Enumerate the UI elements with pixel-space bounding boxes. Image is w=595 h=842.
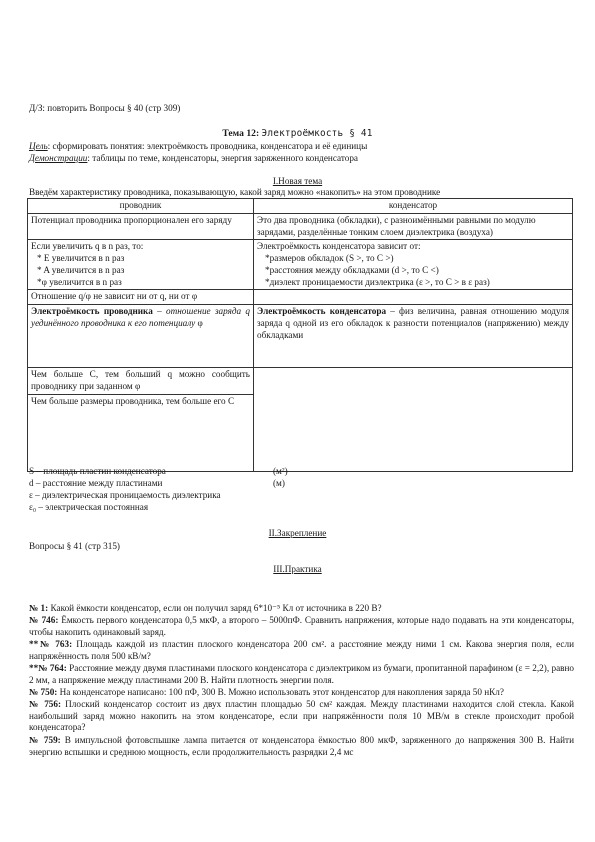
goal-text: : сформировать понятия: электроёмкость п… bbox=[48, 141, 368, 151]
cell-capacitor-definition: Это два проводника (обкладки), с разноим… bbox=[254, 213, 573, 240]
problem-number: № 750: bbox=[29, 687, 57, 697]
depends-item: *диэлект проницаемости диэлектрика (ε >,… bbox=[257, 277, 569, 289]
table-row: Электроёмкость проводника – отношение за… bbox=[28, 305, 573, 368]
problem-text: Площадь каждой из пластин плоского конде… bbox=[29, 639, 574, 661]
section-1-heading: I.Новая тема bbox=[0, 176, 595, 188]
capacitor-capacitance-term: Электроёмкость конденсатора bbox=[257, 306, 386, 316]
legend-item: S – площадь пластин конденсатора bbox=[29, 466, 166, 478]
problem-item: **№ 764: Расстояние между двумя пластина… bbox=[29, 663, 574, 686]
depends-item: *размеров обкладок (S >, то C >) bbox=[257, 253, 569, 265]
topic-title: Электроёмкость § 41 bbox=[262, 128, 373, 139]
section-2-heading: II.Закрепление bbox=[0, 528, 595, 540]
demo-label: Демонстрации bbox=[29, 153, 87, 163]
topic-label: Тема 12: bbox=[222, 128, 259, 139]
section-1-intro: Введём характеристику проводника, показы… bbox=[29, 187, 440, 199]
topic-heading: Тема 12: Электроёмкость § 41 bbox=[0, 128, 595, 140]
problem-text: Расстояние между двумя пластинами плоско… bbox=[29, 663, 574, 685]
table-header-row: проводник конденсатор bbox=[28, 199, 573, 214]
cell-conductor-potential: Потенциал проводника пропорционален его … bbox=[28, 213, 254, 240]
legend-item: d – расстояние между пластинами bbox=[29, 478, 162, 490]
cell-conductor-increase: Если увеличить q в n раз, то: * E увелич… bbox=[28, 240, 254, 290]
cell-conductor-capacitance: Электроёмкость проводника – отношение за… bbox=[28, 305, 254, 368]
increase-item: *φ увеличится в n раз bbox=[31, 277, 250, 289]
increase-item: * A увеличится в n раз bbox=[31, 265, 250, 277]
phi-symbol: φ bbox=[195, 318, 203, 328]
header-capacitor: конденсатор bbox=[254, 199, 573, 214]
problem-number: № 1: bbox=[29, 603, 48, 613]
problem-item: № 756: Плоский конденсатор состоит из дв… bbox=[29, 699, 574, 734]
problem-number: № 756: bbox=[29, 699, 61, 709]
problem-text: Плоский конденсатор состоит из двух плас… bbox=[29, 699, 574, 732]
demo-line: Демонстрации: таблицы по теме, конденсат… bbox=[29, 153, 358, 165]
dash: – bbox=[153, 306, 166, 316]
cell-empty bbox=[254, 290, 573, 305]
problem-item: **№ 763: Площадь каждой из пластин плоск… bbox=[29, 639, 574, 662]
section-3-heading: III.Практика bbox=[0, 564, 595, 576]
section-1-title: I.Новая тема bbox=[273, 176, 322, 186]
table-row: Отношение q/φ не зависит ни от q, ни от … bbox=[28, 290, 573, 305]
table-row: Если увеличить q в n раз, то: * E увелич… bbox=[28, 240, 573, 290]
comparison-table: проводник конденсатор Потенциал проводни… bbox=[27, 198, 573, 472]
demo-text: : таблицы по теме, конденсаторы, энергия… bbox=[87, 153, 358, 163]
problem-item: № 746: Ёмкость первого конденсатора 0,5 … bbox=[29, 615, 574, 638]
problem-text: Какой ёмкости конденсатор, если он получ… bbox=[48, 603, 381, 613]
table-row: Чем больше C, тем больший q можно сообщи… bbox=[28, 368, 573, 395]
legend-item: ε – диэлектрическая проницаемость диэлек… bbox=[29, 490, 221, 502]
problem-item: № 750: На конденсаторе написано: 100 пФ,… bbox=[29, 687, 574, 699]
depends-item: *расстояния между обкладками (d >, то C … bbox=[257, 265, 569, 277]
cell-empty-right bbox=[254, 368, 573, 472]
problem-item: № 759: В импульсной фотовспышке лампа пи… bbox=[29, 735, 574, 758]
goal-label: Цель bbox=[29, 141, 48, 151]
increase-title: Если увеличить q в n раз, то: bbox=[31, 241, 250, 253]
section-2-text: Вопросы § 41 (стр 315) bbox=[29, 541, 120, 553]
table-row: Потенциал проводника пропорционален его … bbox=[28, 213, 573, 240]
problem-number: № 759: bbox=[29, 735, 61, 745]
problem-text: В импульсной фотовспышке лампа питается … bbox=[29, 735, 574, 757]
problem-number: № 746: bbox=[29, 615, 58, 625]
section-2-title: II.Закрепление bbox=[269, 528, 327, 538]
cell-ratio: Отношение q/φ не зависит ни от q, ни от … bbox=[28, 290, 254, 305]
homework-line: Д/З: повторить Вопросы § 40 (стр 309) bbox=[29, 103, 180, 115]
section-3-title: III.Практика bbox=[273, 564, 321, 574]
depends-title: Электроёмкость конденсатора зависит от: bbox=[257, 241, 569, 253]
cell-capacitor-depends: Электроёмкость конденсатора зависит от: … bbox=[254, 240, 573, 290]
legend-unit: (м) bbox=[273, 478, 285, 490]
header-conductor: проводник bbox=[28, 199, 254, 214]
cell-size-c: Чем больше размеры проводника, тем больш… bbox=[28, 394, 254, 471]
cell-more-c: Чем больше C, тем больший q можно сообщи… bbox=[28, 368, 254, 395]
problem-text: На конденсаторе написано: 100 пФ, 300 В.… bbox=[57, 687, 504, 697]
problem-number: **№ 763: bbox=[29, 639, 72, 649]
conductor-capacitance-term: Электроёмкость проводника bbox=[31, 306, 153, 316]
problem-item: № 1: Какой ёмкости конденсатор, если он … bbox=[29, 603, 574, 615]
cell-capacitor-capacitance: Электроёмкость конденсатора – физ величи… bbox=[254, 305, 573, 368]
increase-item: * E увеличится в n раз bbox=[31, 253, 250, 265]
legend-unit: (м²) bbox=[273, 466, 288, 478]
goal-line: Цель: сформировать понятия: электроёмкос… bbox=[29, 141, 367, 153]
legend-item: ε₀ – электрическая постоянная bbox=[29, 502, 148, 514]
problem-text: Ёмкость первого конденсатора 0,5 мкФ, а … bbox=[29, 615, 574, 637]
problem-number: **№ 764: bbox=[29, 663, 67, 673]
